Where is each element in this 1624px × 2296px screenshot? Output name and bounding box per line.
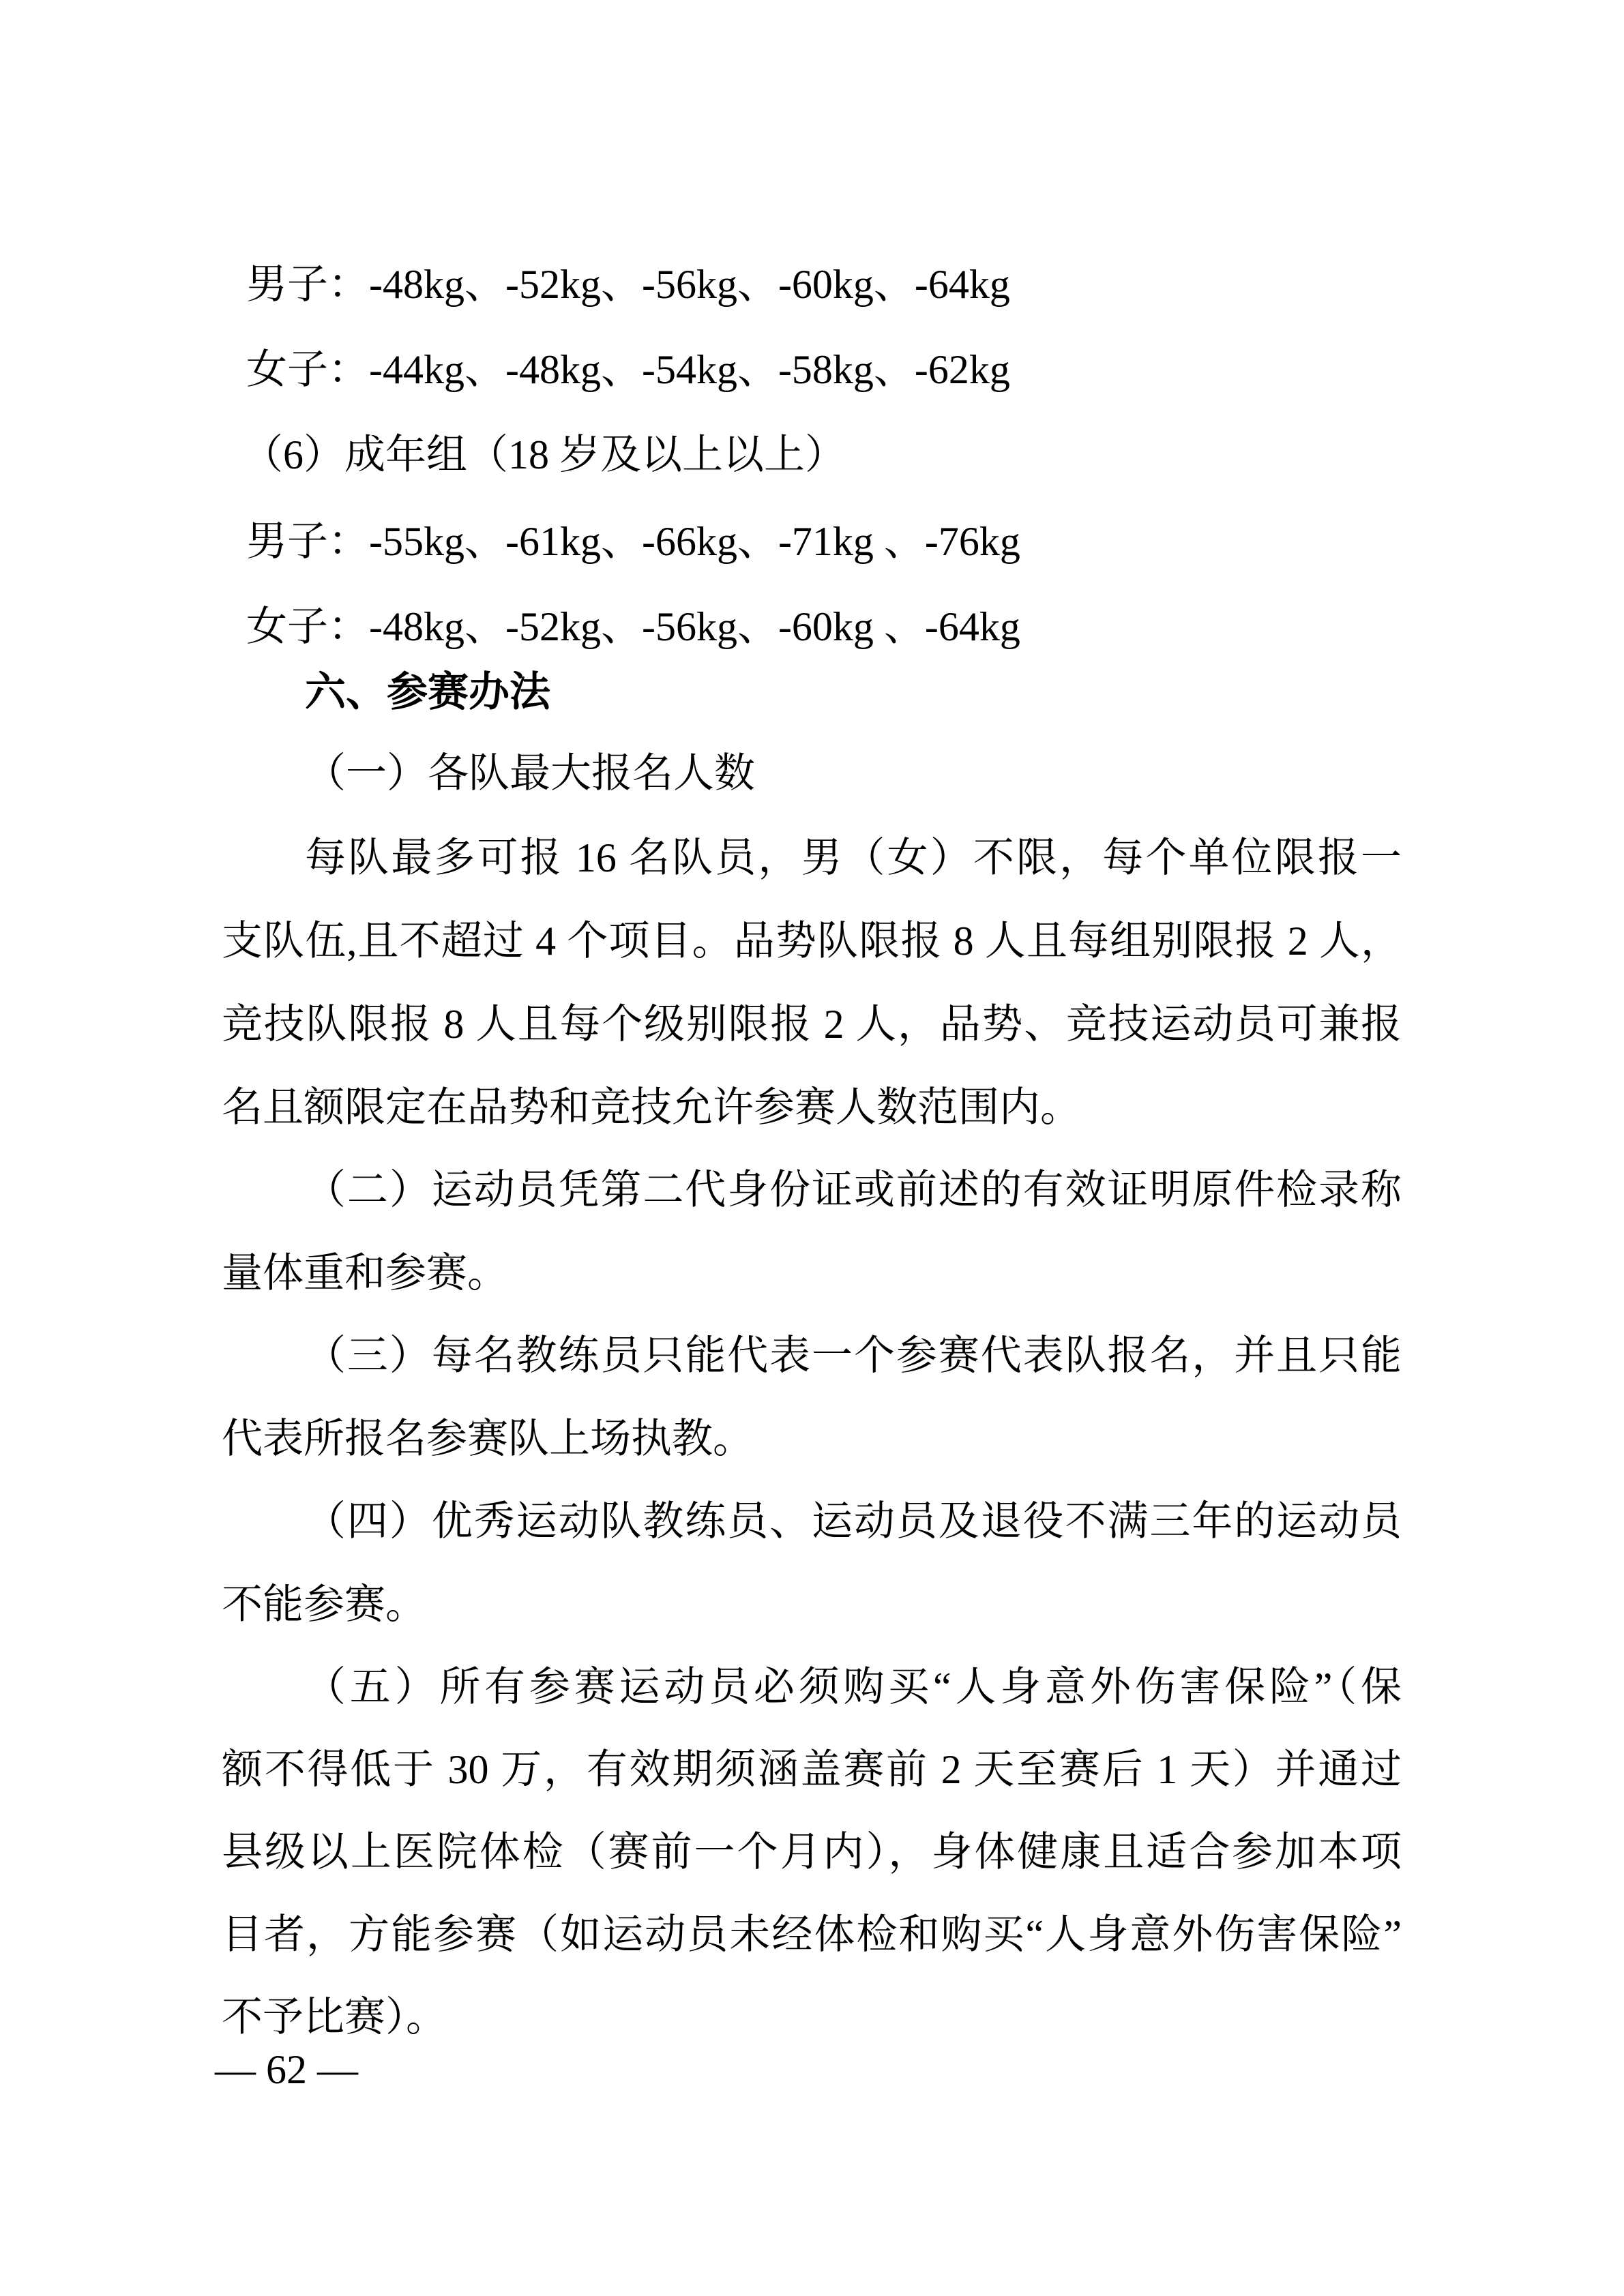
page-number: — 62 — [215, 2049, 358, 2090]
paragraph-line: 名且额限定在品势和竞技允许参赛人数范围内。 [222, 1082, 1402, 1133]
paragraph-line: 县级以上医院体检（赛前一个月内），身体健康且适合参加本项 [222, 1827, 1402, 1880]
paragraph-line: 量体重和参赛。 [222, 1248, 1402, 1299]
paragraph-line: 代表所报名参赛队上场执教。 [222, 1414, 1402, 1465]
subsection-1-title: （一）各队最大报名人数 [222, 748, 1402, 799]
age-group-adult-label: （6）成年组（18 岁及以上以上） [222, 430, 1402, 481]
section-heading: 六、参赛办法 [222, 666, 1402, 717]
paragraph-line: 不能参赛。 [222, 1579, 1402, 1630]
paragraph-line: 不予比赛）。 [222, 1992, 1402, 2043]
subsection-4-line: （四）优秀运动队教练员、运动员及退役不满三年的运动员 [222, 1496, 1402, 1549]
subsection-5-line: （五）所有参赛运动员必须购买“人身意外伤害保险”（保 [222, 1662, 1402, 1715]
weight-classes-men-youth: 男子：-48kg、-52kg、-56kg、-60kg、-64kg [222, 259, 1402, 310]
paragraph-line: 竞技队限报 8 人且每个级别限报 2 人，品势、竞技运动员可兼报 [222, 999, 1402, 1052]
weight-classes-women-youth: 女子：-44kg、-48kg、-54kg、-58kg、-62kg [222, 344, 1402, 396]
weight-classes-women-adult: 女子：-48kg、-52kg、-56kg、-60kg 、-64kg [222, 601, 1402, 653]
paragraph-line: 每队最多可报 16 名队员，男（女）不限，每个单位限报一 [222, 833, 1402, 886]
subsection-3-line: （三）每名教练员只能代表一个参赛代表队报名，并且只能 [222, 1330, 1402, 1384]
paragraph-line: 目者，方能参赛（如运动员未经体检和购买“人身意外伤害保险” [222, 1909, 1402, 1963]
paragraph-line: 支队伍,且不超过 4 个项目。品势队限报 8 人且每组别限报 2 人， [222, 916, 1402, 969]
weight-classes-men-adult: 男子：-55kg、-61kg、-66kg、-71kg 、-76kg [222, 516, 1402, 567]
paragraph-line: 额不得低于 30 万，有效期须涵盖赛前 2 天至赛后 1 天）并通过 [222, 1744, 1402, 1798]
subsection-2-line: （二）运动员凭第二代身份证或前述的有效证明原件检录称 [222, 1165, 1402, 1218]
document-page: 男子：-48kg、-52kg、-56kg、-60kg、-64kg 女子：-44k… [0, 0, 1624, 2296]
